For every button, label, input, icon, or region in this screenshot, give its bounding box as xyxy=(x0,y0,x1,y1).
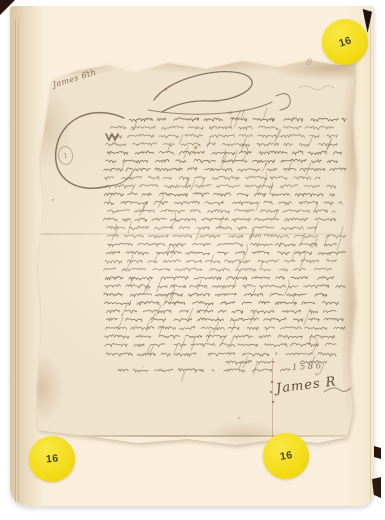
descender-stroke xyxy=(337,238,341,251)
margin-number: 1 xyxy=(63,151,69,160)
page-edge-line xyxy=(15,18,16,502)
lot-sticker-top-right: 16 xyxy=(322,19,368,65)
closing-line xyxy=(286,352,336,356)
opening-initial-flourish xyxy=(108,172,132,186)
ascender-stroke xyxy=(264,108,268,119)
horizontal-crease xyxy=(38,233,354,235)
text-line xyxy=(106,251,345,255)
long-s-stroke xyxy=(171,213,176,229)
text-line xyxy=(103,218,335,222)
text-line xyxy=(110,126,334,130)
descender-stroke xyxy=(122,305,127,316)
sticker-label: 16 xyxy=(337,34,353,49)
ascender-stroke xyxy=(326,141,330,153)
foxing-dot xyxy=(194,146,198,150)
monogram-flourish xyxy=(276,94,290,110)
closing-line xyxy=(224,369,290,372)
sticker-label: 16 xyxy=(45,452,59,465)
ascender-stroke xyxy=(260,261,263,270)
text-line xyxy=(104,176,320,180)
long-s-stroke xyxy=(284,280,289,296)
foxing-dot xyxy=(183,286,185,288)
descender-stroke xyxy=(231,321,235,332)
foxing-dot xyxy=(52,199,54,201)
ascender-stroke xyxy=(179,134,182,144)
text-line xyxy=(107,226,316,230)
descender-stroke xyxy=(204,305,208,314)
text-line xyxy=(105,335,335,339)
text-line xyxy=(106,142,337,146)
text-line xyxy=(107,310,337,314)
ascender-stroke xyxy=(237,260,241,270)
monogram-flourish xyxy=(148,102,272,114)
closing-line xyxy=(208,353,277,357)
descender-stroke xyxy=(207,138,210,148)
ascender-stroke xyxy=(292,250,295,261)
text-line xyxy=(105,276,333,280)
descender-stroke xyxy=(304,313,309,325)
foxing-dot xyxy=(229,111,232,114)
lot-sticker-bottom-left: 16 xyxy=(29,436,75,482)
foxing-dot xyxy=(315,373,318,376)
ascender-stroke xyxy=(222,149,226,161)
long-s-stroke xyxy=(242,146,247,162)
descender-stroke xyxy=(211,255,214,265)
descender-stroke xyxy=(190,179,194,190)
text-line xyxy=(104,268,332,272)
text-line xyxy=(105,260,336,264)
ascender-stroke xyxy=(310,135,314,144)
text-line xyxy=(104,201,342,205)
text-line xyxy=(106,326,345,330)
lot-sticker-bottom-right: 16 xyxy=(263,433,309,479)
text-line xyxy=(106,184,336,188)
monogram-flourish xyxy=(154,72,252,112)
descender-stroke xyxy=(229,338,233,348)
descender-stroke xyxy=(157,280,161,292)
descender-stroke xyxy=(314,221,318,233)
descender-stroke xyxy=(163,296,167,305)
foxing-dot xyxy=(164,88,167,91)
bold-word-stroke xyxy=(106,134,118,140)
ascender-stroke xyxy=(150,344,154,354)
text-line xyxy=(106,159,337,163)
manuscript-letter: James 6th 1 1586 James R xyxy=(36,58,358,448)
auction-photo: James 6th 1 1586 James R 8 16 16 16 xyxy=(0,0,385,520)
ascender-stroke xyxy=(274,211,278,220)
foxing-dot xyxy=(278,259,280,261)
descender-stroke xyxy=(173,346,177,354)
ascender-stroke xyxy=(109,193,113,202)
long-s-stroke xyxy=(312,338,317,354)
text-line xyxy=(104,293,327,297)
text-line xyxy=(110,134,338,138)
text-line xyxy=(108,243,336,247)
text-line xyxy=(105,193,335,197)
pencil-scribble xyxy=(298,86,334,90)
long-s-stroke xyxy=(128,251,133,267)
text-line xyxy=(106,318,343,322)
vertical-crease xyxy=(272,358,273,444)
foxing-dot xyxy=(238,417,241,420)
ascender-stroke xyxy=(155,252,160,261)
closing-line xyxy=(106,353,196,356)
foxing-dot xyxy=(293,299,295,301)
descender-stroke xyxy=(182,372,185,382)
ascender-stroke xyxy=(234,150,237,161)
text-line xyxy=(104,168,346,172)
closing-line xyxy=(118,369,214,373)
sticker-label: 16 xyxy=(279,449,294,463)
ascender-stroke xyxy=(189,308,194,319)
album-page: James 6th 1 1586 James R 8 16 16 16 xyxy=(10,6,374,506)
page-edge-line xyxy=(18,18,19,502)
foxing-dot xyxy=(143,366,145,368)
long-s-stroke xyxy=(158,192,163,208)
cover-edge-mark xyxy=(374,446,381,459)
foxing-dot xyxy=(265,163,267,165)
manuscript-wrap: James 6th 1 1586 James R xyxy=(36,58,358,448)
closing-line xyxy=(226,360,274,364)
bottom-fold-line xyxy=(38,435,350,437)
text-line xyxy=(105,284,345,288)
text-line xyxy=(105,301,339,305)
text-line xyxy=(105,343,337,347)
